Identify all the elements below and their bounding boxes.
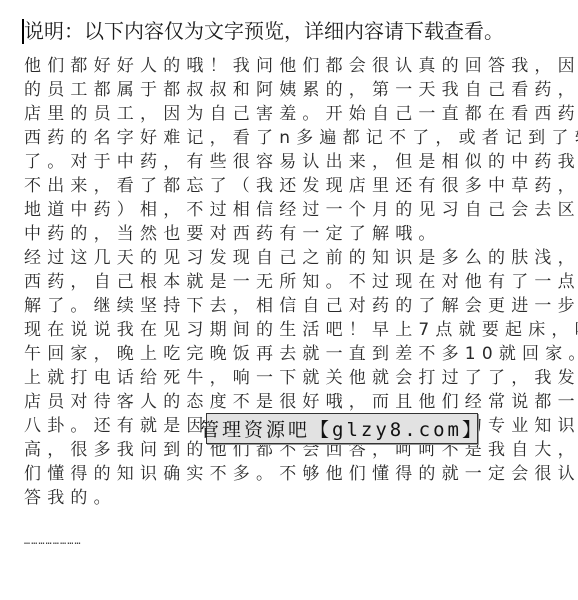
text-line: 解了。继续坚持下去，相信自己对药的了解会更进一步的， — [24, 294, 554, 318]
text-line: 店员对待客人的态度不是很好哦，而且他们经常说都一，也很 — [24, 390, 554, 414]
text-line: 经过这几天的见习发现自己之前的知识是多么的肤浅，特别是 — [24, 246, 554, 270]
text-line: 了。对于中药，有些很容易认出来，但是相似的中药我都辨别 — [24, 150, 554, 174]
ellipsis-dots: …………………… — [24, 536, 82, 547]
text-line: 们懂得的知识确实不多。不够他们懂得的就一定会很认真的回 — [24, 462, 554, 486]
text-line: 的员工都属于都叔叔和阿姨累的，第一天我自己看药，很少问 — [24, 78, 554, 102]
text-line: 答我的。 — [24, 486, 554, 510]
text-line: 地道中药）相，不过相信经过一个月的见习自己会去区别那些 — [24, 198, 554, 222]
text-line: 午回家，晚上吃完晚饭再去就一直到差不多10就回家。去的路 — [24, 342, 554, 366]
text-line: 他们都好好人的哦！我问他们都会很认真的回答我，因为店里 — [24, 54, 554, 78]
preview-notice: 说明：以下内容仅为文字预览，详细内容请下载查看。 — [24, 17, 504, 45]
text-line: 店里的员工，因为自己害羞。开始自己一直都在看西药，很多 — [24, 102, 554, 126]
watermark-banner: 管理资源吧【glzy8.com】 — [206, 413, 478, 444]
text-line: 现在说说我在见习期间的生活吧！早上7点就要起床，呜呜，中 — [24, 318, 554, 342]
text-line: 上就打电话给死牛，响一下就关他就会打过了了，我发现有些 — [24, 366, 554, 390]
text-line: 不出来，看了都忘了（我还发现店里还有很多中草药，而不是 — [24, 174, 554, 198]
text-line: 西药，自己根本就是一无所知。不过现在对他有了一点点的了 — [24, 270, 554, 294]
text-line: 西药的名字好难记，看了n多遍都记不了，或者记到了转眼又忘 — [24, 126, 554, 150]
text-line: 中药的，当然也要对西药有一定了解哦。 — [24, 222, 554, 246]
